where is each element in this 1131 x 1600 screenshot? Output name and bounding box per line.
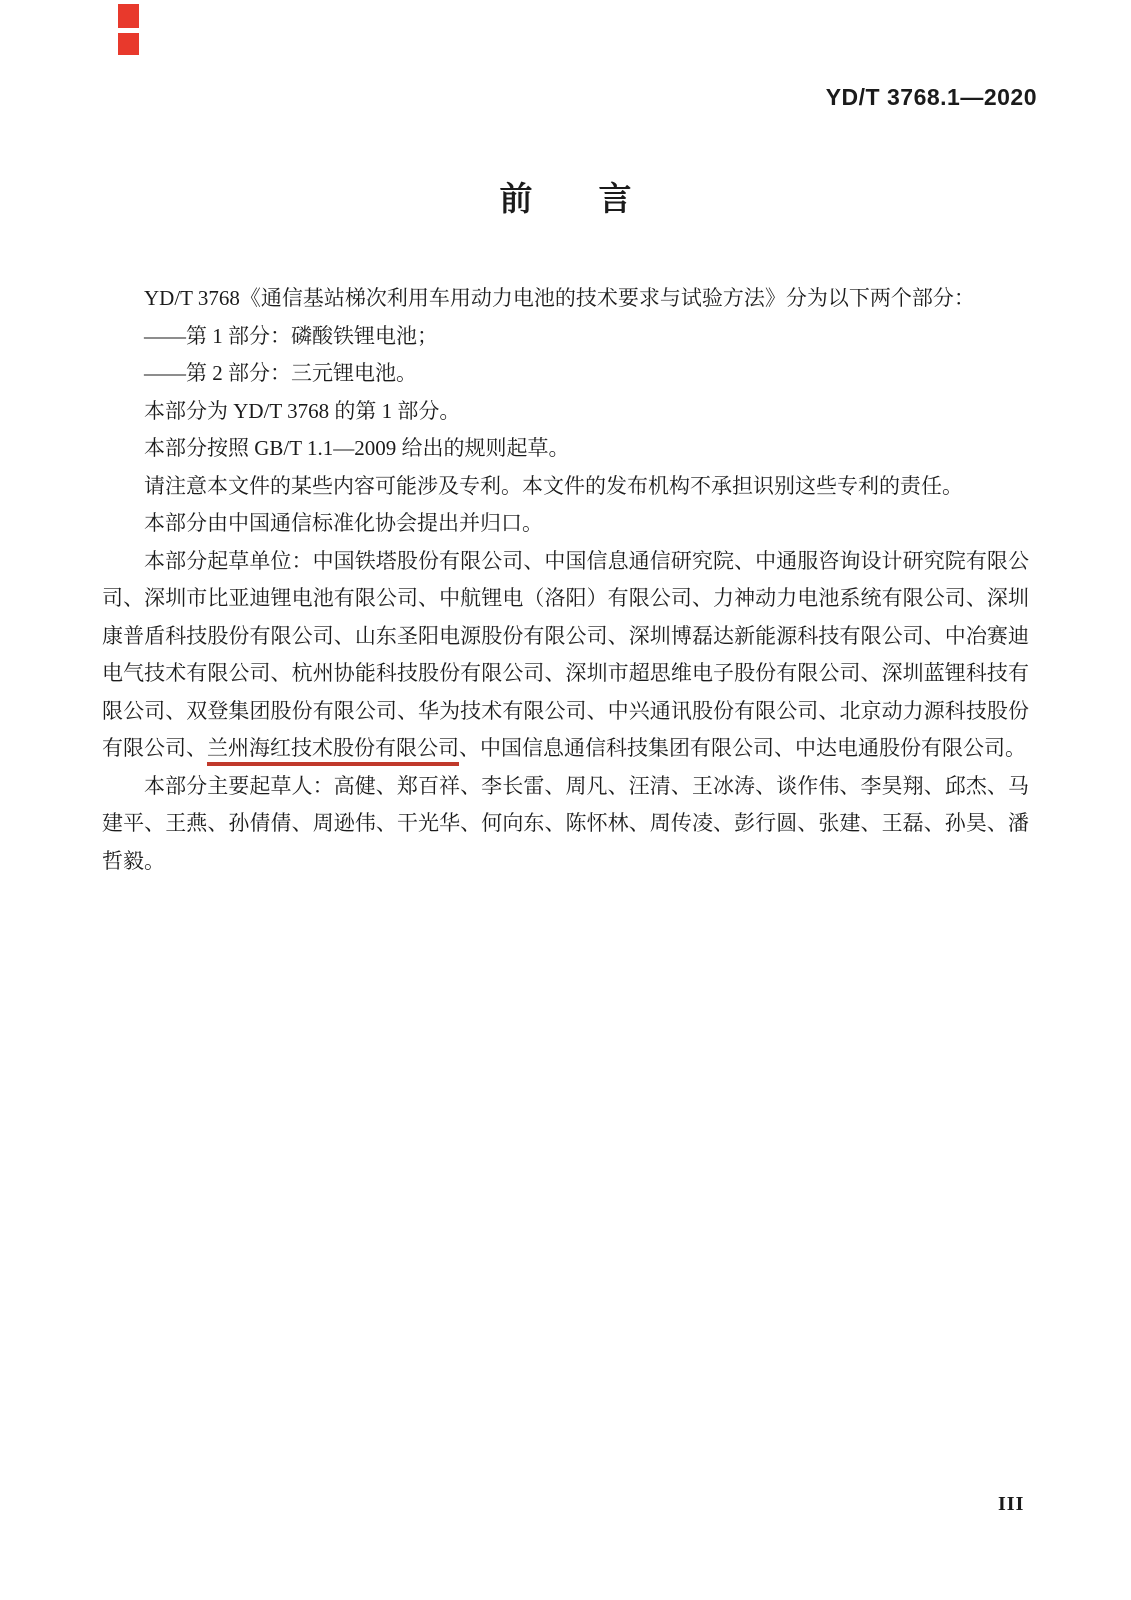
document-page: YD/T 3768.1—2020 前 言 YD/T 3768《通信基站梯次利用车… <box>0 0 1131 1600</box>
page-title-char-1: 前 <box>500 181 533 217</box>
page-number: III <box>998 1493 1024 1516</box>
paragraph-drafting-organizations: 本部分起草单位：中国铁塔股份有限公司、中国信息通信研究院、中通服咨询设计研究院有… <box>102 543 1029 768</box>
document-number: YD/T 3768.1—2020 <box>826 84 1037 111</box>
paragraph-parts-intro: YD/T 3768《通信基站梯次利用车用动力电池的技术要求与试验方法》分为以下两… <box>102 280 1029 318</box>
highlighted-company-underlined: 兰州海红技术股份有限公司 <box>207 736 459 766</box>
page-title: 前 言 <box>0 181 1131 217</box>
foreword-body: YD/T 3768《通信基站梯次利用车用动力电池的技术要求与试验方法》分为以下两… <box>102 280 1029 880</box>
paragraph-patent-notice: 请注意本文件的某些内容可能涉及专利。本文件的发布机构不承担识别这些专利的责任。 <box>102 468 1029 506</box>
paragraph-proposed-by: 本部分由中国通信标准化协会提出并归口。 <box>102 505 1029 543</box>
paragraph-drafting-rules: 本部分按照 GB/T 1.1—2009 给出的规则起草。 <box>102 430 1029 468</box>
paragraph-part-1: ——第 1 部分：磷酸铁锂电池； <box>102 318 1029 356</box>
drafting-organizations-before: 本部分起草单位：中国铁塔股份有限公司、中国信息通信研究院、中通服咨询设计研究院有… <box>102 549 1029 761</box>
red-stamp-block-bottom <box>118 33 139 55</box>
drafting-organizations-after: 、中国信息通信科技集团有限公司、中达电通股份有限公司。 <box>459 736 1026 760</box>
paragraph-part-2: ——第 2 部分：三元锂电池。 <box>102 355 1029 393</box>
paragraph-drafters: 本部分主要起草人：高健、郑百祥、李长雷、周凡、汪清、王冰涛、谈作伟、李昊翔、邱杰… <box>102 768 1029 881</box>
red-stamp-block-top <box>118 4 139 28</box>
page-title-char-2: 言 <box>599 181 632 217</box>
paragraph-this-part: 本部分为 YD/T 3768 的第 1 部分。 <box>102 393 1029 431</box>
